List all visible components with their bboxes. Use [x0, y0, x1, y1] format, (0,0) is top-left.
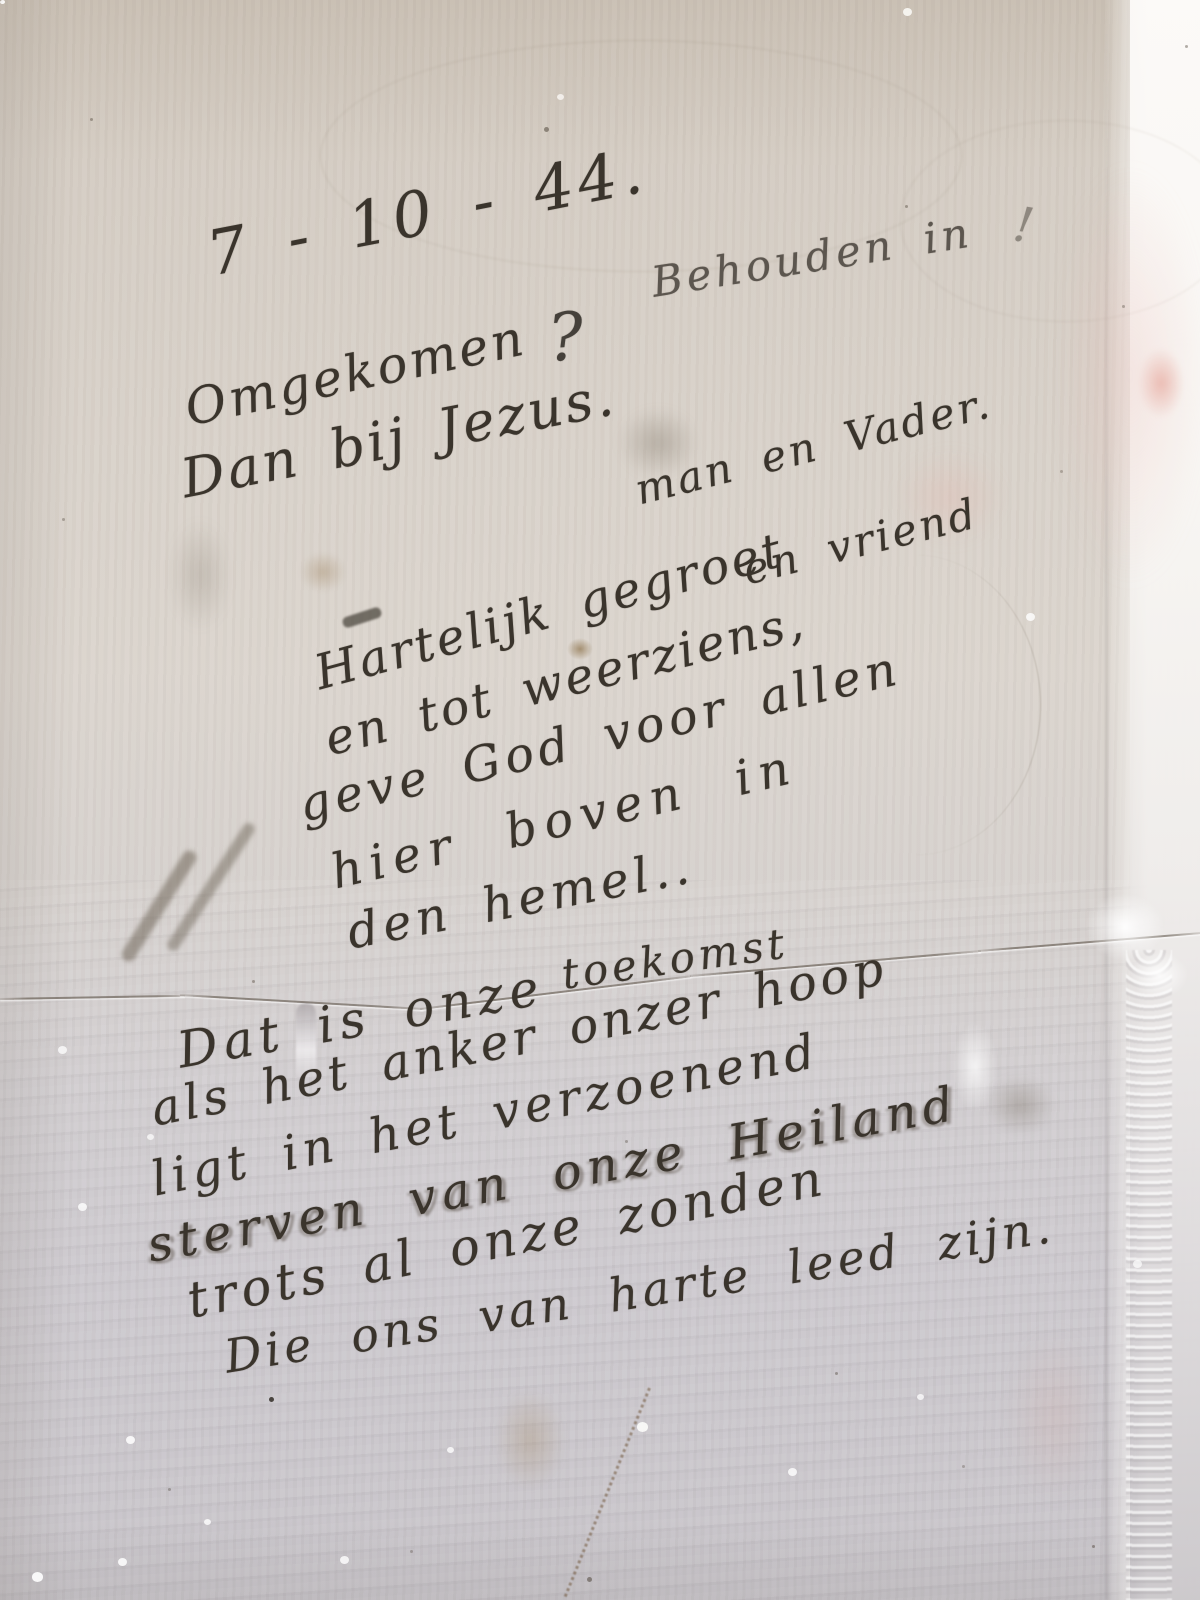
paint-chip-highlight [1130, 952, 1188, 998]
pink-paint-tinge [1055, 165, 1200, 585]
tan-stain [495, 1390, 565, 1490]
tan-stain [300, 552, 346, 592]
wall-photo: 7 - 10 - 44. ? Behouden in ! Omgekomen D… [0, 0, 1200, 1600]
paint-chip-highlight [1085, 893, 1165, 961]
gray-smudge [170, 520, 230, 630]
white-paint-bumps [0, 0, 5, 4]
pink-paint-smudge [1010, 1330, 1100, 1500]
handwritten-question-mark: ? [545, 297, 589, 376]
gray-smudge [985, 1075, 1055, 1135]
wall-edge-rough-paint [1126, 950, 1172, 1600]
